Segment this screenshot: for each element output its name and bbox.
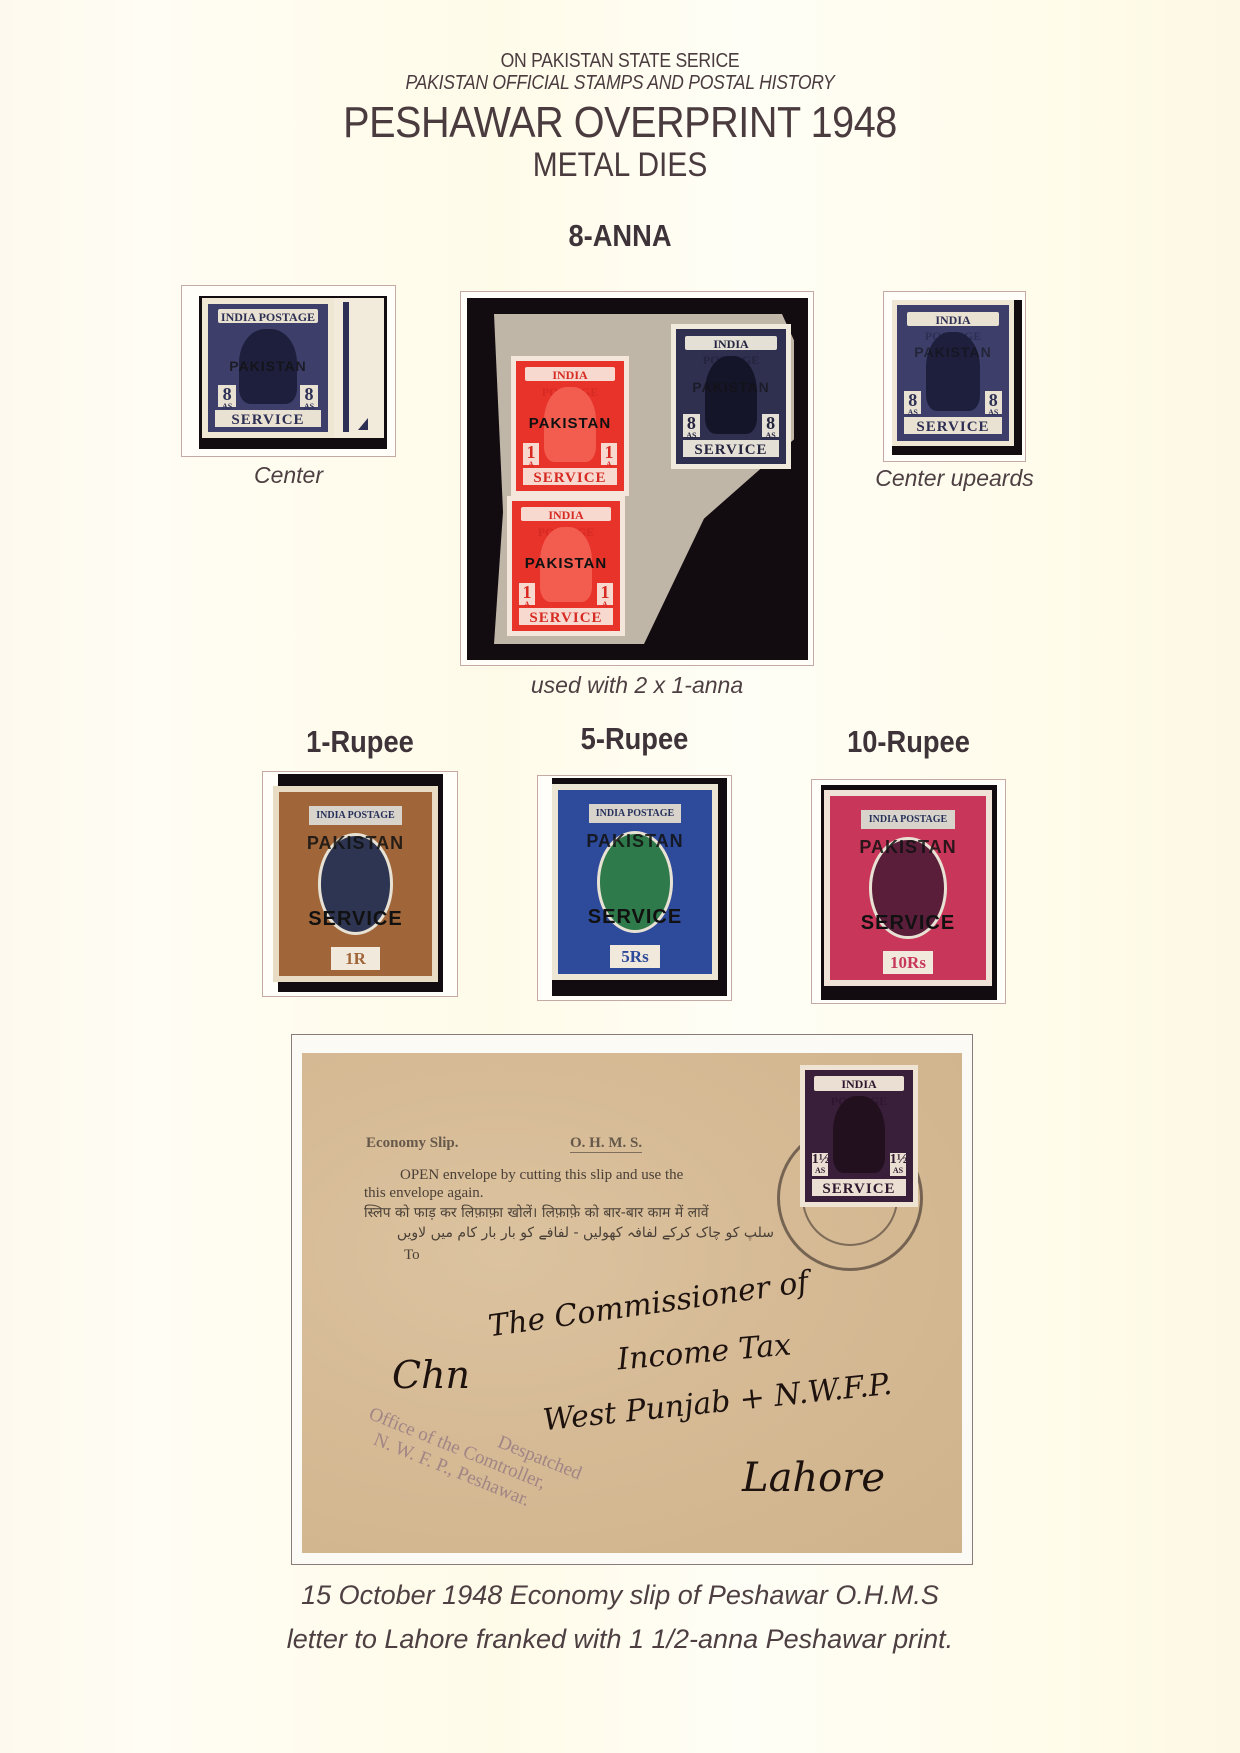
stamp-8-anna-on-piece: INDIA POSTAGE 8AS 8AS SERVICE PAKISTAN [671, 324, 791, 469]
stamp-center-upwards-frame: INDIA POSTAGE 8AS 8AS SERVICE PAKISTAN [883, 291, 1026, 462]
footer-line-1: 15 October 1948 Economy slip of Peshawar… [0, 1580, 1240, 1611]
caption-center: Center [181, 462, 396, 489]
header-line-2: PAKISTAN OFFICIAL STAMPS AND POSTAL HIST… [74, 72, 1165, 95]
slip-line-2: this envelope again. [364, 1185, 484, 1202]
stamp-1-anna-lower: INDIA POSTAGE 1A 1A SERVICE PAKISTAN [507, 496, 625, 636]
caption-used-with-1-anna: used with 2 x 1-anna [460, 672, 814, 699]
footer-line-2: letter to Lahore franked with 1 1/2-anna… [0, 1624, 1240, 1655]
stamp-5-rupee: INDIA POSTAGE 5Rs PAKISTAN SERVICE [552, 784, 718, 980]
section-8-anna: 8-ANNA [74, 218, 1165, 254]
slip-hindi: स्लिप को फाड़ कर लिफ़ाफ़ा खोलें। लिफ़ाफ़… [364, 1203, 774, 1222]
section-1-rupee: 1-Rupee [274, 724, 446, 760]
page-title: PESHAWAR OVERPRINT 1948 [62, 98, 1178, 148]
initials: Chn [392, 1353, 470, 1397]
address-line-4: Lahore [742, 1455, 885, 1501]
caption-center-upwards: Center upeards [843, 465, 1066, 492]
stamp-5-rupee-frame: INDIA POSTAGE 5Rs PAKISTAN SERVICE [537, 775, 732, 1001]
stamp-1-rupee-frame: INDIA POSTAGE 1R PAKISTAN SERVICE [262, 771, 458, 997]
stamp-1-half-anna-cover: INDIA POSTAGE 1½AS 1½AS SERVICE [800, 1065, 918, 1207]
slip-title: Economy Slip. [366, 1135, 459, 1152]
section-5-rupee: 5-Rupee [549, 721, 721, 757]
slip-to: To [404, 1247, 420, 1264]
slip-ohms: O. H. M. S. [570, 1135, 642, 1153]
slip-urdu: سلپ کو چاک کرکے لفافہ کھولیں - لفافے کو … [364, 1225, 774, 1241]
slip-line-1: OPEN envelope by cutting this slip and u… [400, 1167, 770, 1184]
page-subtitle: METAL DIES [74, 146, 1165, 185]
stamp-center-frame: INDIA POSTAGE 8AS 8AS SERVICE PAKISTAN [181, 285, 396, 457]
stamp-10-rupee-frame: INDIA POSTAGE 10Rs PAKISTAN SERVICE [811, 779, 1006, 1004]
stamp-8-anna-center-upwards: INDIA POSTAGE 8AS 8AS SERVICE PAKISTAN [892, 300, 1014, 446]
cover-frame: Economy Slip. O. H. M. S. OPEN envelope … [291, 1034, 973, 1565]
stamp-1-anna-upper: INDIA POSTAGE 1A 1A SERVICE PAKISTAN [511, 356, 629, 496]
stamp-10-rupee: INDIA POSTAGE 10Rs PAKISTAN SERVICE [824, 790, 992, 986]
stamp-8-anna-center: INDIA POSTAGE 8AS 8AS SERVICE PAKISTAN [202, 298, 334, 438]
stamp-piece-frame: INDIA POSTAGE 1A 1A SERVICE PAKISTAN IND… [460, 291, 814, 666]
stamp-1-rupee: INDIA POSTAGE 1R PAKISTAN SERVICE [273, 786, 438, 982]
section-10-rupee: 10-Rupee [823, 724, 995, 760]
header-line-1: ON PAKISTAN STATE SERICE [74, 50, 1165, 73]
sheet-margin [334, 298, 384, 438]
